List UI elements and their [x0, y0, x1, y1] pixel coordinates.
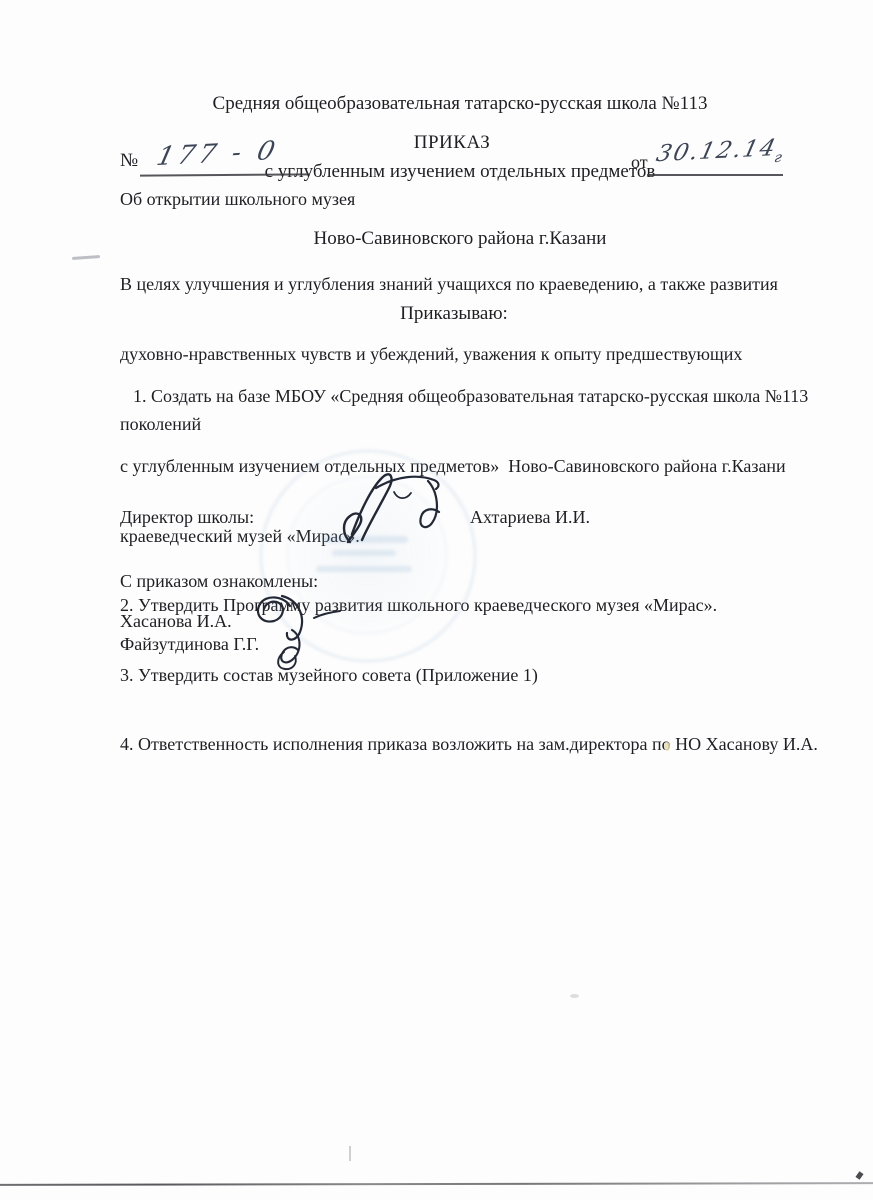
- acknowledged-signatures: [250, 588, 355, 673]
- order-item-line: 1. Создать на базе МБОУ «Средняя общеобр…: [120, 385, 818, 408]
- order-date-underline: [647, 174, 783, 176]
- director-label: Директор школы:: [120, 506, 254, 529]
- acknowledged-name: Файзутдинова Г.Г.: [120, 633, 259, 656]
- acknowledged-name: Хасанова И.А.: [120, 610, 232, 633]
- director-signature: [338, 466, 463, 554]
- preamble-line: В целях улучшения и углубления знаний уч…: [120, 273, 778, 296]
- order-item-line: с углубленным изучением отдельных предме…: [120, 455, 818, 478]
- order-item-line: 3. Утвердить состав музейного совета (Пр…: [120, 664, 818, 687]
- scan-artifact-speck: [570, 994, 579, 998]
- resolution-heading: Приказываю:: [0, 302, 873, 325]
- paper-edge-line: [0, 1182, 873, 1186]
- director-name: Ахтариева И.И.: [470, 506, 590, 529]
- scanned-document-page: Средняя общеобразовательная татарско-рус…: [0, 0, 873, 1200]
- order-number-label: №: [120, 149, 138, 172]
- order-item-line: 4. Ответственность исполнения приказа во…: [120, 733, 818, 756]
- scan-artifact-tick: [349, 1146, 351, 1161]
- order-date-value: 30.12.14: [654, 135, 780, 167]
- order-date-label: от: [631, 151, 648, 174]
- letterhead-line-1: Средняя общеобразовательная татарско-рус…: [52, 93, 868, 116]
- order-subject: Об открытии школьного музея: [120, 188, 355, 211]
- scan-artifact-corner: [855, 1171, 863, 1180]
